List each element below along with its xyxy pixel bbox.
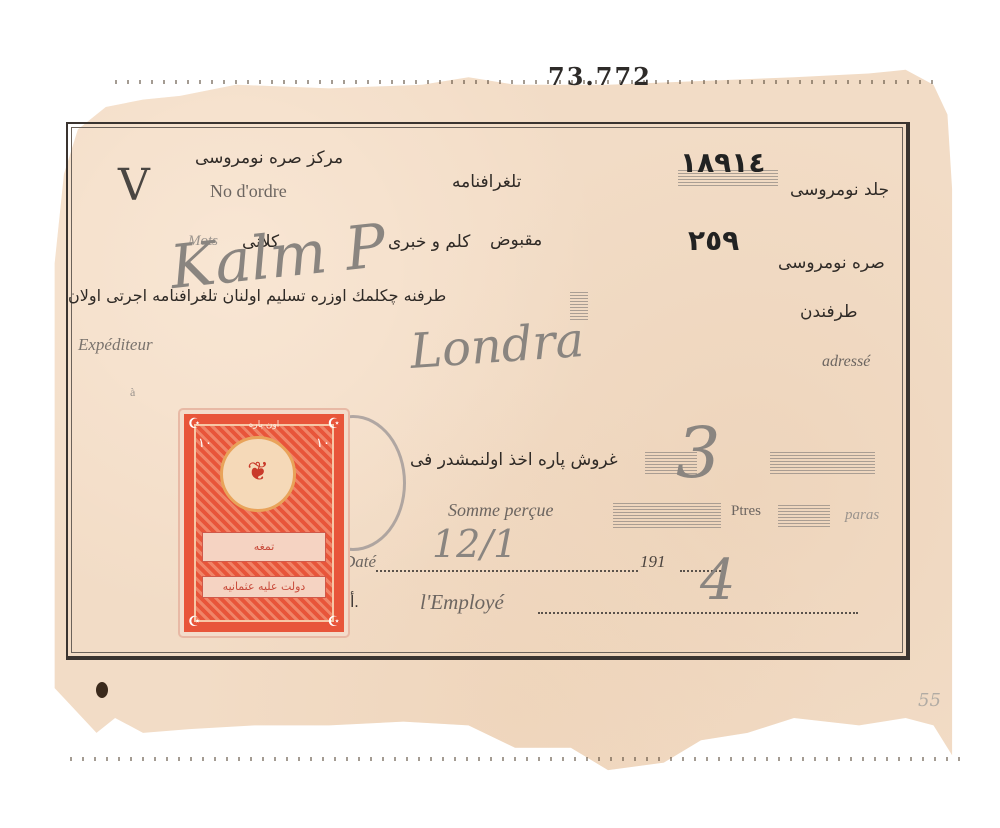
handwritten-corner-note: 55 bbox=[918, 690, 941, 711]
center-office-label: مركز صره نومروسی bbox=[195, 148, 343, 168]
volume-number-value: ١٨٩١٤ bbox=[680, 146, 765, 179]
employee-signature-field[interactable] bbox=[538, 612, 858, 614]
tughra-icon: ❦ bbox=[223, 457, 293, 487]
expediteur-label: Expéditeur bbox=[78, 335, 153, 355]
a-label: à bbox=[130, 385, 135, 400]
crescent-star-icon: ☪ bbox=[188, 614, 201, 630]
ptres-label: Ptres bbox=[731, 503, 761, 520]
serial-number: 73.772 bbox=[548, 62, 652, 91]
crescent-star-icon: ☪ bbox=[327, 416, 340, 432]
adresse-label: adressé bbox=[822, 353, 870, 371]
employee-label-ar: أ. bbox=[350, 592, 358, 612]
handwritten-date: 12/1 bbox=[432, 522, 517, 566]
handwritten-year: 4 bbox=[700, 548, 736, 613]
amount-sentence: غروش پاره اخذ اولنمشدر فی bbox=[410, 450, 618, 470]
year-prefix: 191 bbox=[640, 552, 666, 572]
sequence-number-label: صره نومروسی bbox=[778, 253, 885, 273]
stamp-top-text: اون پاره bbox=[202, 418, 326, 432]
volume-number-label: جلد نومروسی bbox=[790, 180, 889, 200]
amount-ar-field bbox=[770, 452, 875, 474]
stamp-bottom-text: دولت عليه عثمانيه bbox=[202, 576, 326, 598]
by-label: طرفندن bbox=[800, 302, 858, 322]
words-label: كلم و خبری bbox=[388, 232, 470, 252]
stamp-middle-text: تمغه bbox=[202, 532, 326, 562]
received-label: مقبوض bbox=[490, 230, 542, 250]
date-field[interactable] bbox=[376, 570, 638, 572]
stamp-value: ١٠ bbox=[316, 436, 330, 451]
sequence-number-value: ٢٥٩ bbox=[688, 224, 739, 257]
telegram-label: تلغرافنامه bbox=[452, 172, 521, 192]
bottom-perforation bbox=[70, 757, 970, 761]
revenue-stamp: ☪ ☪ ☪ ☪ ١٠ ١٠ اون پاره ❦ تمغه دولت عليه … bbox=[180, 410, 348, 636]
stamp-value: ١٠ bbox=[198, 436, 212, 451]
employee-label: l'Employé bbox=[420, 590, 504, 615]
ink-spot bbox=[96, 682, 108, 698]
crescent-star-icon: ☪ bbox=[327, 614, 340, 630]
paras-field[interactable] bbox=[778, 505, 830, 527]
crescent-star-icon: ☪ bbox=[188, 416, 201, 432]
piastres-field[interactable] bbox=[613, 502, 721, 528]
handwritten-amount: 3 bbox=[676, 412, 721, 494]
handwritten-mark: V bbox=[118, 160, 150, 211]
no-ordre-label: No d'ordre bbox=[210, 181, 287, 202]
stamp-medallion: ❦ bbox=[220, 436, 296, 512]
top-perforation bbox=[115, 80, 935, 84]
paras-label: paras bbox=[845, 507, 879, 524]
somme-percue-label: Somme perçue bbox=[448, 500, 553, 521]
